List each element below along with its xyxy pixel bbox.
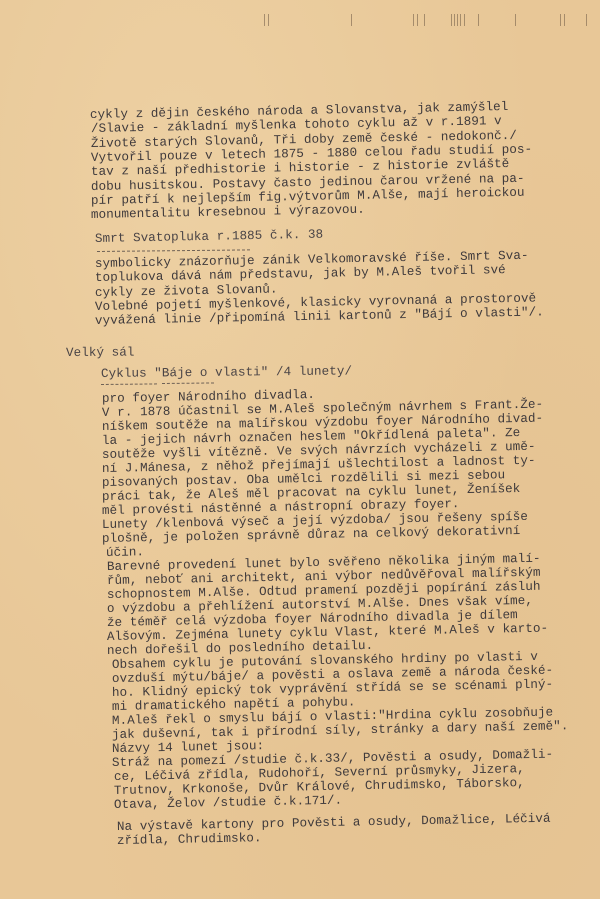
section-heading-smrt-svatopluka: Smrt Svatopluka r.1885 č.k. 38: [95, 228, 323, 246]
heading-underline: [101, 383, 157, 385]
text-line: Na výstavě kartony pro Pověsti a osudy, …: [117, 812, 551, 834]
text-line: účin.: [106, 545, 144, 560]
text-line: zřídla, Chrudimsko.: [117, 831, 262, 848]
heading-underline: [162, 382, 214, 384]
typewritten-page: cykly z dějin českého národa a Slovanstv…: [0, 0, 600, 899]
page-edge-marks: [0, 14, 600, 28]
heading-underline: [97, 249, 250, 252]
cycle-heading-baje-o-vlasti: Cyklus "Báje o vlasti" /4 lunety/: [101, 364, 352, 381]
text-line: Otava, Želov /studie č.k.171/.: [114, 794, 342, 812]
room-heading-velky-sal: Velký sál: [66, 346, 135, 360]
